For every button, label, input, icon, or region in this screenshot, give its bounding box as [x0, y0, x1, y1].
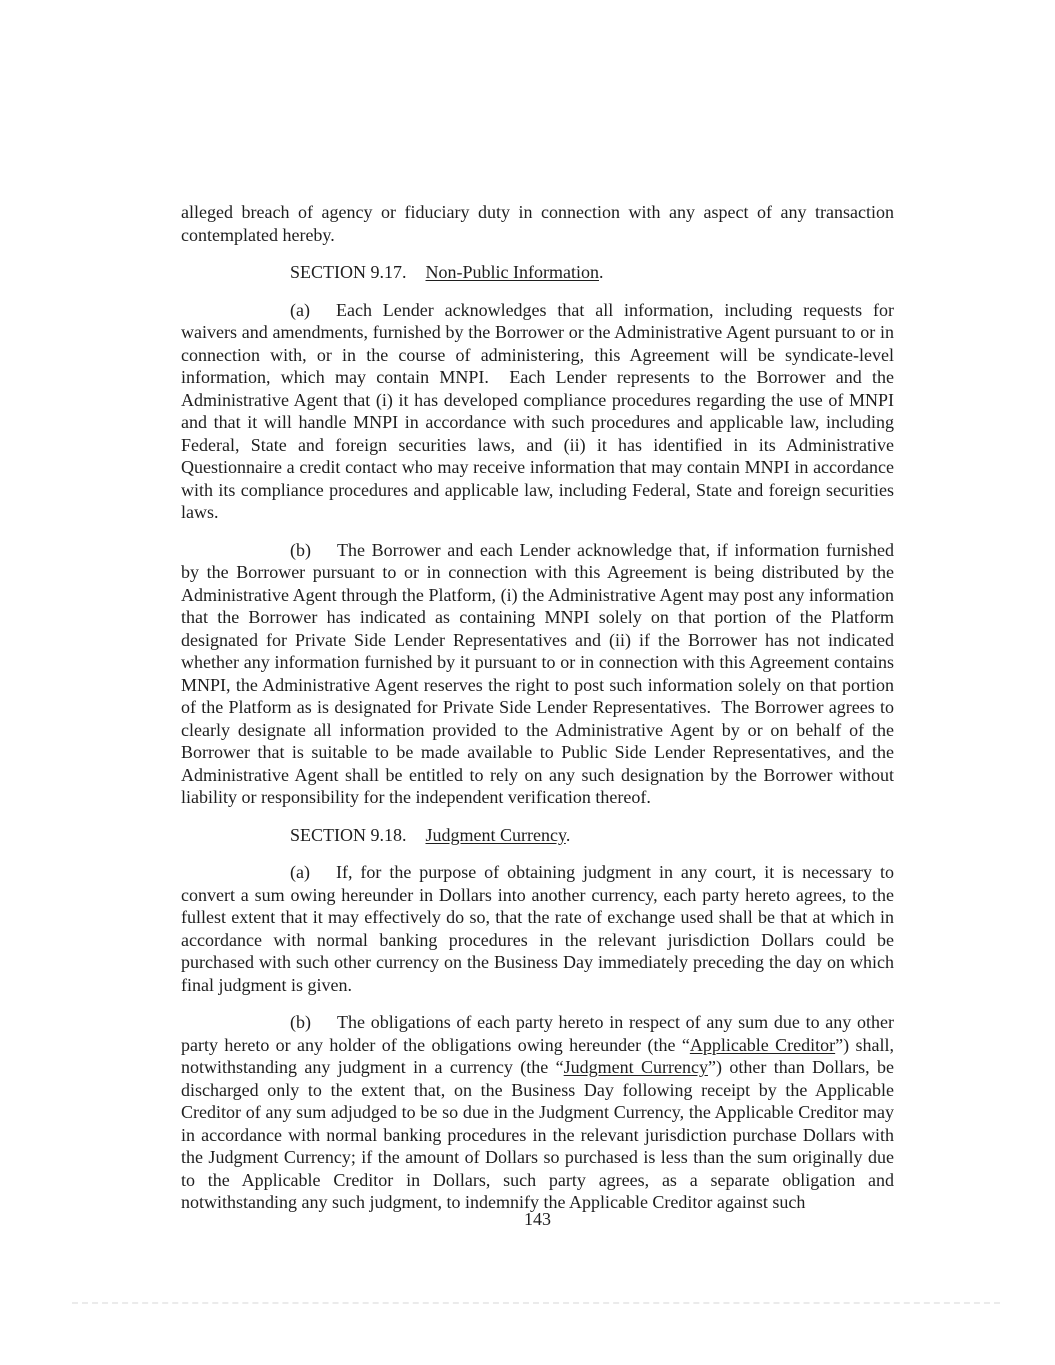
paragraph: (a)Each Lender acknowledges that all inf… [181, 299, 894, 524]
page-break-separator [72, 1302, 1000, 1304]
paragraph-label: (a) [290, 862, 310, 882]
defined-term: Non-Public Information [426, 262, 599, 282]
page-number: 143 [181, 1208, 894, 1230]
text-run: . [599, 262, 604, 282]
paragraph: alleged breach of agency or fiduciary du… [181, 201, 894, 246]
document-content: alleged breach of agency or fiduciary du… [181, 201, 894, 1229]
paragraph-label: (b) [290, 1012, 311, 1032]
text-run: alleged breach of agency or fiduciary du… [181, 202, 894, 245]
defined-term: Judgment Currency [564, 1057, 708, 1077]
text-run: The Borrower and each Lender acknowledge… [181, 540, 894, 808]
section-heading: SECTION 9.18.Judgment Currency. [181, 824, 894, 847]
paragraph-label: (a) [290, 300, 310, 320]
paragraph: (a)If, for the purpose of obtaining judg… [181, 861, 894, 996]
paragraph-label: (b) [290, 540, 311, 560]
section-number: SECTION 9.18. [290, 825, 407, 845]
text-run: If, for the purpose of obtaining judgmen… [181, 862, 894, 995]
paragraph: (b)The obligations of each party hereto … [181, 1011, 894, 1214]
text-run: . [566, 825, 571, 845]
document-page: alleged breach of agency or fiduciary du… [0, 0, 1055, 1365]
section-number: SECTION 9.17. [290, 262, 407, 282]
text-run: Each Lender acknowledges that all inform… [181, 300, 894, 523]
defined-term: Judgment Currency [426, 825, 566, 845]
text-run: ”) other than Dollars, be discharged onl… [181, 1057, 894, 1212]
paragraph: (b)The Borrower and each Lender acknowle… [181, 539, 894, 809]
defined-term: Applicable Creditor [690, 1035, 835, 1055]
section-heading: SECTION 9.17.Non-Public Information. [181, 261, 894, 284]
